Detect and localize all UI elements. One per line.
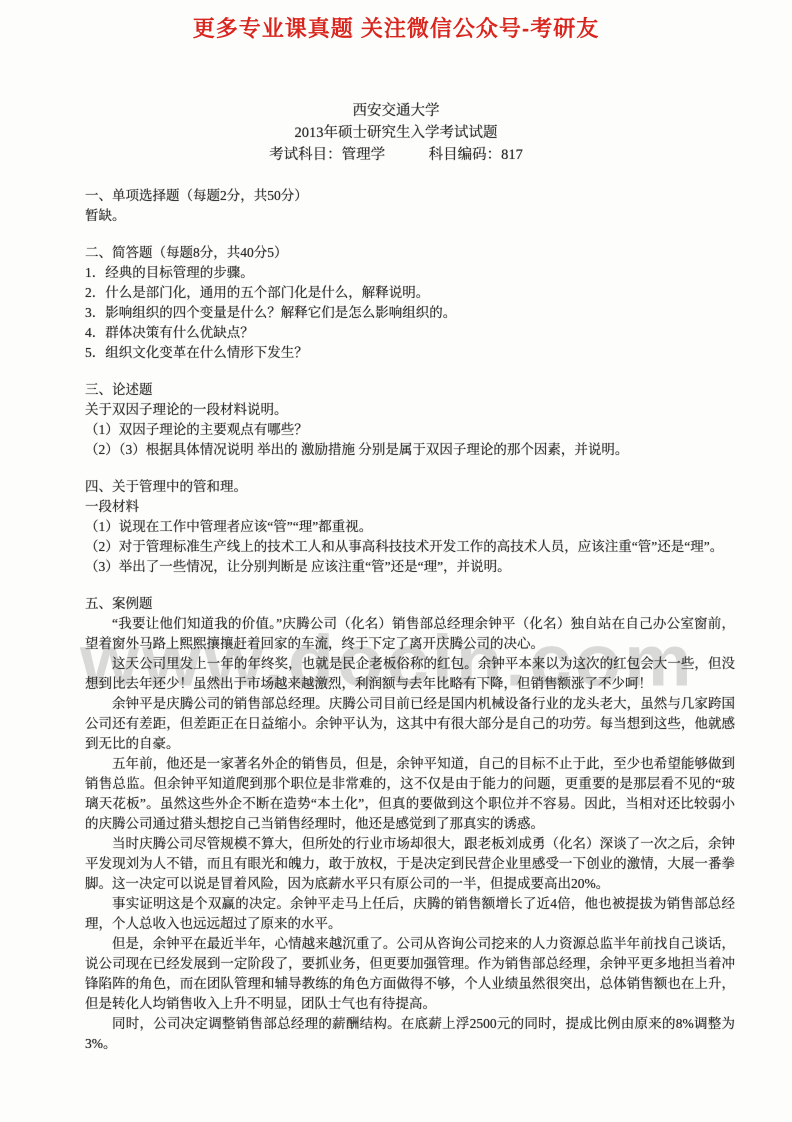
section-5-heading: 五、案例题 bbox=[85, 594, 735, 614]
case-paragraph-3: 余钟平是庆腾公司的销售部总经理。庆腾公司目前已经是国内机械设备行业的龙头老大，虽… bbox=[85, 694, 735, 754]
title-block: 西安交通大学 2013年硕士研究生入学考试试题 考试科目：管理学 科目编码：81… bbox=[0, 100, 792, 166]
section-4-guan-and-li: 四、关于管理中的管和理。 一段材料 （1）说现在工作中管理者应该“管”“理”都重… bbox=[85, 477, 735, 577]
case-paragraph-5: 当时庆腾公司尽管规模不算大，但所处的行业市场却很大，跟老板刘成勇（化名）深谈了一… bbox=[85, 834, 735, 894]
section-4-question-2: （2）对于管理标准生产线上的技术工人和从事高科技技术开发工作的高技术人员，应该注… bbox=[85, 537, 735, 557]
case-paragraph-6: 事实证明这是个双赢的决定。余钟平走马上任后，庆腾的销售额增长了近4倍，他也被提拔… bbox=[85, 894, 735, 934]
section-3-question-2-3: （2）（3）根据具体情况说明 举出的 激励措施 分别是属于双因子理论的那个因素，… bbox=[85, 440, 735, 460]
section-2-short-answer: 二、简答题（每题8分，共40分5） 1．经典的目标管理的步骤。 2．什么是部门化… bbox=[85, 243, 735, 363]
section-4-question-1: （1）说现在工作中管理者应该“管”“理”都重视。 bbox=[85, 517, 735, 537]
case-paragraph-1: “我要让他们知道我的价值。”庆腾公司（化名）销售部总经理余钟平（化名）独自站在自… bbox=[85, 614, 735, 654]
section-3-intro: 关于双因子理论的一段材料说明。 bbox=[85, 400, 735, 420]
section-4-question-3: （3）举出了一些情况，让分别判断是 应该注重“管”还是“理”，并说明。 bbox=[85, 557, 735, 577]
section-2-question-3: 3．影响组织的四个变量是什么？解释它们是怎么影响组织的。 bbox=[85, 303, 735, 323]
case-paragraph-8: 同时，公司决定调整销售部总经理的薪酬结构。在底薪上浮2500元的同时，提成比例由… bbox=[85, 1014, 735, 1054]
promo-banner: 更多专业课真题 关注微信公众号-考研友 bbox=[0, 12, 792, 43]
case-paragraph-2: 这天公司里发上一年的年终奖，也就是民企老板俗称的红包。余钟平本来以为这次的红包会… bbox=[85, 654, 735, 694]
section-1-heading: 一、单项选择题（每题2分，共50分） bbox=[85, 186, 735, 206]
section-2-heading: 二、简答题（每题8分，共40分5） bbox=[85, 243, 735, 263]
section-2-question-2: 2．什么是部门化，通用的五个部门化是什么，解释说明。 bbox=[85, 283, 735, 303]
scanned-exam-page: 更多专业课真题 关注微信公众号-考研友 西安交通大学 2013年硕士研究生入学考… bbox=[0, 0, 792, 1122]
section-3-heading: 三、论述题 bbox=[85, 380, 735, 400]
exam-body: 一、单项选择题（每题2分，共50分） 暂缺。 二、简答题（每题8分，共40分5）… bbox=[85, 186, 735, 1071]
section-1-note: 暂缺。 bbox=[85, 206, 735, 226]
case-paragraph-7: 但是，余钟平在最近半年，心情越来越沉重了。公司从咨询公司挖来的人力资源总监半年前… bbox=[85, 934, 735, 1014]
section-4-material-label: 一段材料 bbox=[85, 497, 735, 517]
section-5-case-study: 五、案例题 “我要让他们知道我的价值。”庆腾公司（化名）销售部总经理余钟平（化名… bbox=[85, 594, 735, 1054]
section-2-question-4: 4．群体决策有什么优缺点？ bbox=[85, 323, 735, 343]
section-3-essay: 三、论述题 关于双因子理论的一段材料说明。 （1）双因子理论的主要观点有哪些？ … bbox=[85, 380, 735, 460]
section-1-multiple-choice: 一、单项选择题（每题2分，共50分） 暂缺。 bbox=[85, 186, 735, 226]
section-2-question-1: 1．经典的目标管理的步骤。 bbox=[85, 263, 735, 283]
case-paragraph-4: 五年前，他还是一家著名外企的销售员，但是，余钟平知道，自己的目标不止于此，至少也… bbox=[85, 754, 735, 834]
section-3-question-1: （1）双因子理论的主要观点有哪些？ bbox=[85, 420, 735, 440]
section-2-question-5: 5．组织文化变革在什么情形下发生？ bbox=[85, 343, 735, 363]
university-name: 西安交通大学 bbox=[0, 100, 792, 122]
section-4-heading: 四、关于管理中的管和理。 bbox=[85, 477, 735, 497]
subject-code-line: 考试科目：管理学 科目编码：817 bbox=[0, 144, 792, 166]
exam-title: 2013年硕士研究生入学考试试题 bbox=[0, 122, 792, 144]
